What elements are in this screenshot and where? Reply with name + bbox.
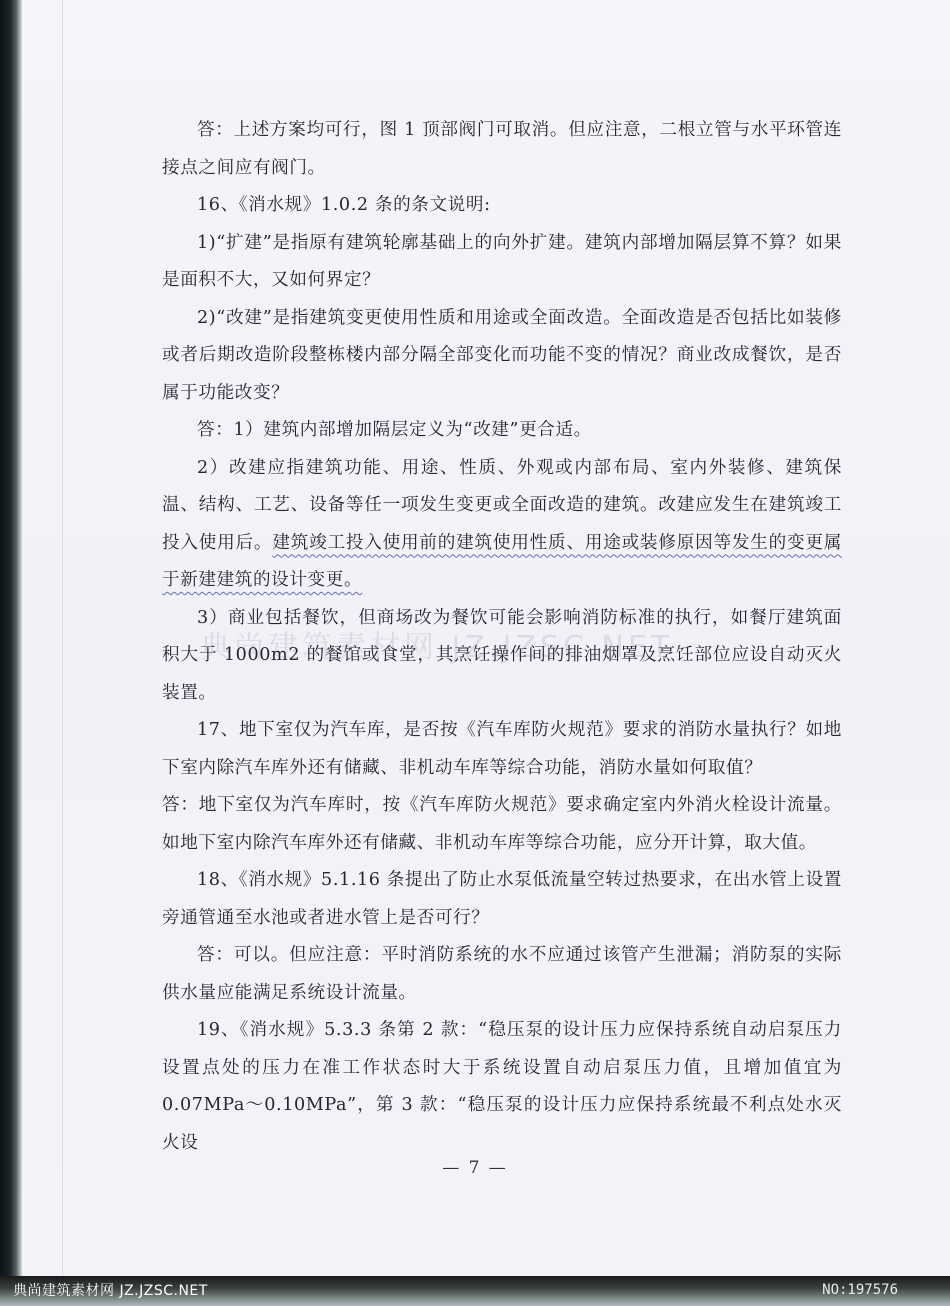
paragraph-answer-16-3: 3）商业包括餐饮，但商场改为餐饮可能会影响消防标准的执行，如餐厅建筑面积大于 1… xyxy=(162,600,842,713)
footer-bar: 典尚建筑素材网 JZ.JZSC.NET NO:197576 xyxy=(0,1276,950,1306)
paragraph-answer-15: 答：上述方案均可行，图 1 顶部阀门可取消。但应注意，二根立管与水平环管连接点之… xyxy=(162,112,842,187)
document-body: 答：上述方案均可行，图 1 顶部阀门可取消。但应注意，二根立管与水平环管连接点之… xyxy=(162,112,842,1162)
site-label: 典尚建筑素材网 JZ.JZSC.NET xyxy=(13,1280,208,1300)
page-number: — 7 — xyxy=(0,1158,950,1178)
paragraph-question-17: 17、地下室仅为汽车库，是否按《汽车库防火规范》要求的消防水量执行？如地下室内除… xyxy=(162,712,842,787)
paragraph-question-16-2: 2)“改建”是指建筑变更使用性质和用途或全面改造。全面改造是否包括比如装修或者后… xyxy=(162,300,842,413)
image-id-label: NO:197576 xyxy=(822,1282,898,1298)
scan-left-edge xyxy=(0,0,22,1306)
paragraph-answer-16-2: 2）改建应指建筑功能、用途、性质、外观或内部布局、室内外装修、建筑保温、结构、工… xyxy=(162,450,842,600)
page-crease xyxy=(62,0,63,1276)
paragraph-question-16: 16、《消水规》1.0.2 条的条文说明: xyxy=(162,187,842,225)
paragraph-question-18: 18、《消水规》5.1.16 条提出了防止水泵低流量空转过热要求，在出水管上设置… xyxy=(162,862,842,937)
paragraph-question-19: 19、《消水规》5.3.3 条第 2 款：“稳压泵的设计压力应保持系统自动启泵压… xyxy=(162,1012,842,1162)
paragraph-question-16-1: 1)“扩建”是指原有建筑轮廓基础上的向外扩建。建筑内部增加隔层算不算？如果是面积… xyxy=(162,225,842,300)
paragraph-answer-18: 答：可以。但应注意：平时消防系统的水不应通过该管产生泄漏；消防泵的实际供水量应能… xyxy=(162,937,842,1012)
paragraph-answer-17: 答：地下室仅为汽车库时，按《汽车库防火规范》要求确定室内外消火栓设计流量。如地下… xyxy=(162,787,842,862)
paragraph-answer-16-1: 答：1）建筑内部增加隔层定义为“改建”更合适。 xyxy=(162,412,842,450)
